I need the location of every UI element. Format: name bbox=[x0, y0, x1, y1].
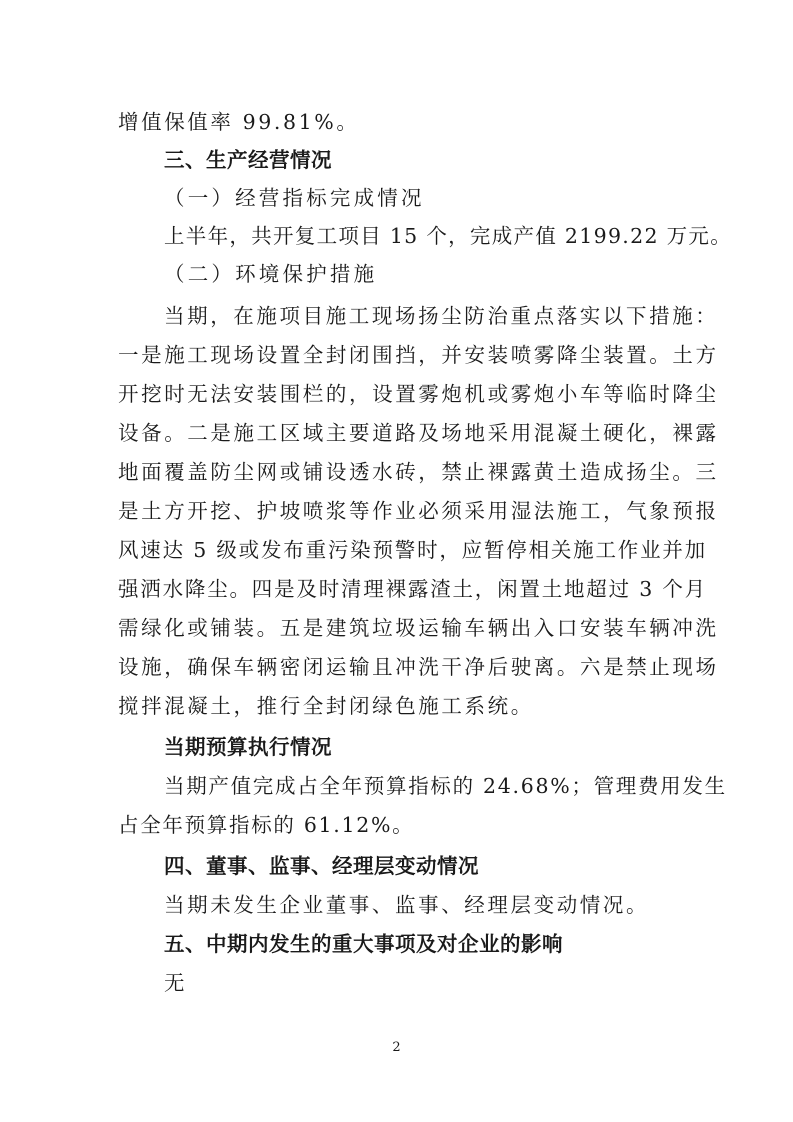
subsection-heading-2: （二）环境保护措施 bbox=[164, 260, 716, 288]
paragraph-line: 当期未发生企业董事、监事、经理层变动情况。 bbox=[164, 891, 716, 919]
page-number: 2 bbox=[0, 1040, 793, 1055]
paragraph-line: 占全年预算指标的 61.12%。 bbox=[118, 811, 670, 839]
section-heading-budget: 当期预算执行情况 bbox=[164, 733, 716, 761]
paragraph-line: 设施，确保车辆密闭运输且冲洗干净后驶离。六是禁止现场 bbox=[118, 653, 670, 681]
paragraph-line: 强洒水降尘。四是及时清理裸露渣土，闲置土地超过 3 个月 bbox=[118, 575, 670, 603]
paragraph-line: 风速达 5 级或发布重污染预警时，应暂停相关施工作业并加 bbox=[118, 536, 670, 564]
paragraph-line: 开挖时无法安装围栏的，设置雾炮机或雾炮小车等临时降尘 bbox=[118, 380, 670, 408]
paragraph-line: 地面覆盖防尘网或铺设透水砖，禁止裸露黄土造成扬尘。三 bbox=[118, 458, 670, 486]
section-heading-4: 四、董事、监事、经理层变动情况 bbox=[164, 852, 716, 880]
paragraph-line: 需绿化或铺装。五是建筑垃圾运输车辆出入口安装车辆冲洗 bbox=[118, 614, 670, 642]
paragraph-line: 是土方开挖、护坡喷浆等作业必须采用湿法施工，气象预报 bbox=[118, 497, 670, 525]
paragraph-line: 当期产值完成占全年预算指标的 24.68%；管理费用发生 bbox=[164, 772, 716, 800]
paragraph-line: 一是施工现场设置全封闭围挡，并安装喷雾降尘装置。土方 bbox=[118, 341, 670, 369]
subsection-heading-1: （一）经营指标完成情况 bbox=[164, 184, 716, 212]
paragraph-line: 当期，在施项目施工现场扬尘防治重点落实以下措施： bbox=[164, 302, 716, 330]
section-heading-5: 五、中期内发生的重大事项及对企业的影响 bbox=[164, 930, 716, 958]
paragraph-line: 增值保值率 99.81%。 bbox=[118, 108, 670, 136]
paragraph-line: 无 bbox=[164, 969, 716, 997]
paragraph-line: 设备。二是施工区域主要道路及场地采用混凝土硬化，裸露 bbox=[118, 419, 670, 447]
paragraph-line: 上半年，共开复工项目 15 个，完成产值 2199.22 万元。 bbox=[164, 222, 716, 250]
paragraph-line: 搅拌混凝土，推行全封闭绿色施工系统。 bbox=[118, 692, 670, 720]
section-heading-3: 三、生产经营情况 bbox=[164, 146, 716, 174]
document-page: 增值保值率 99.81%。 三、生产经营情况 （一）经营指标完成情况 上半年，共… bbox=[0, 0, 793, 1122]
